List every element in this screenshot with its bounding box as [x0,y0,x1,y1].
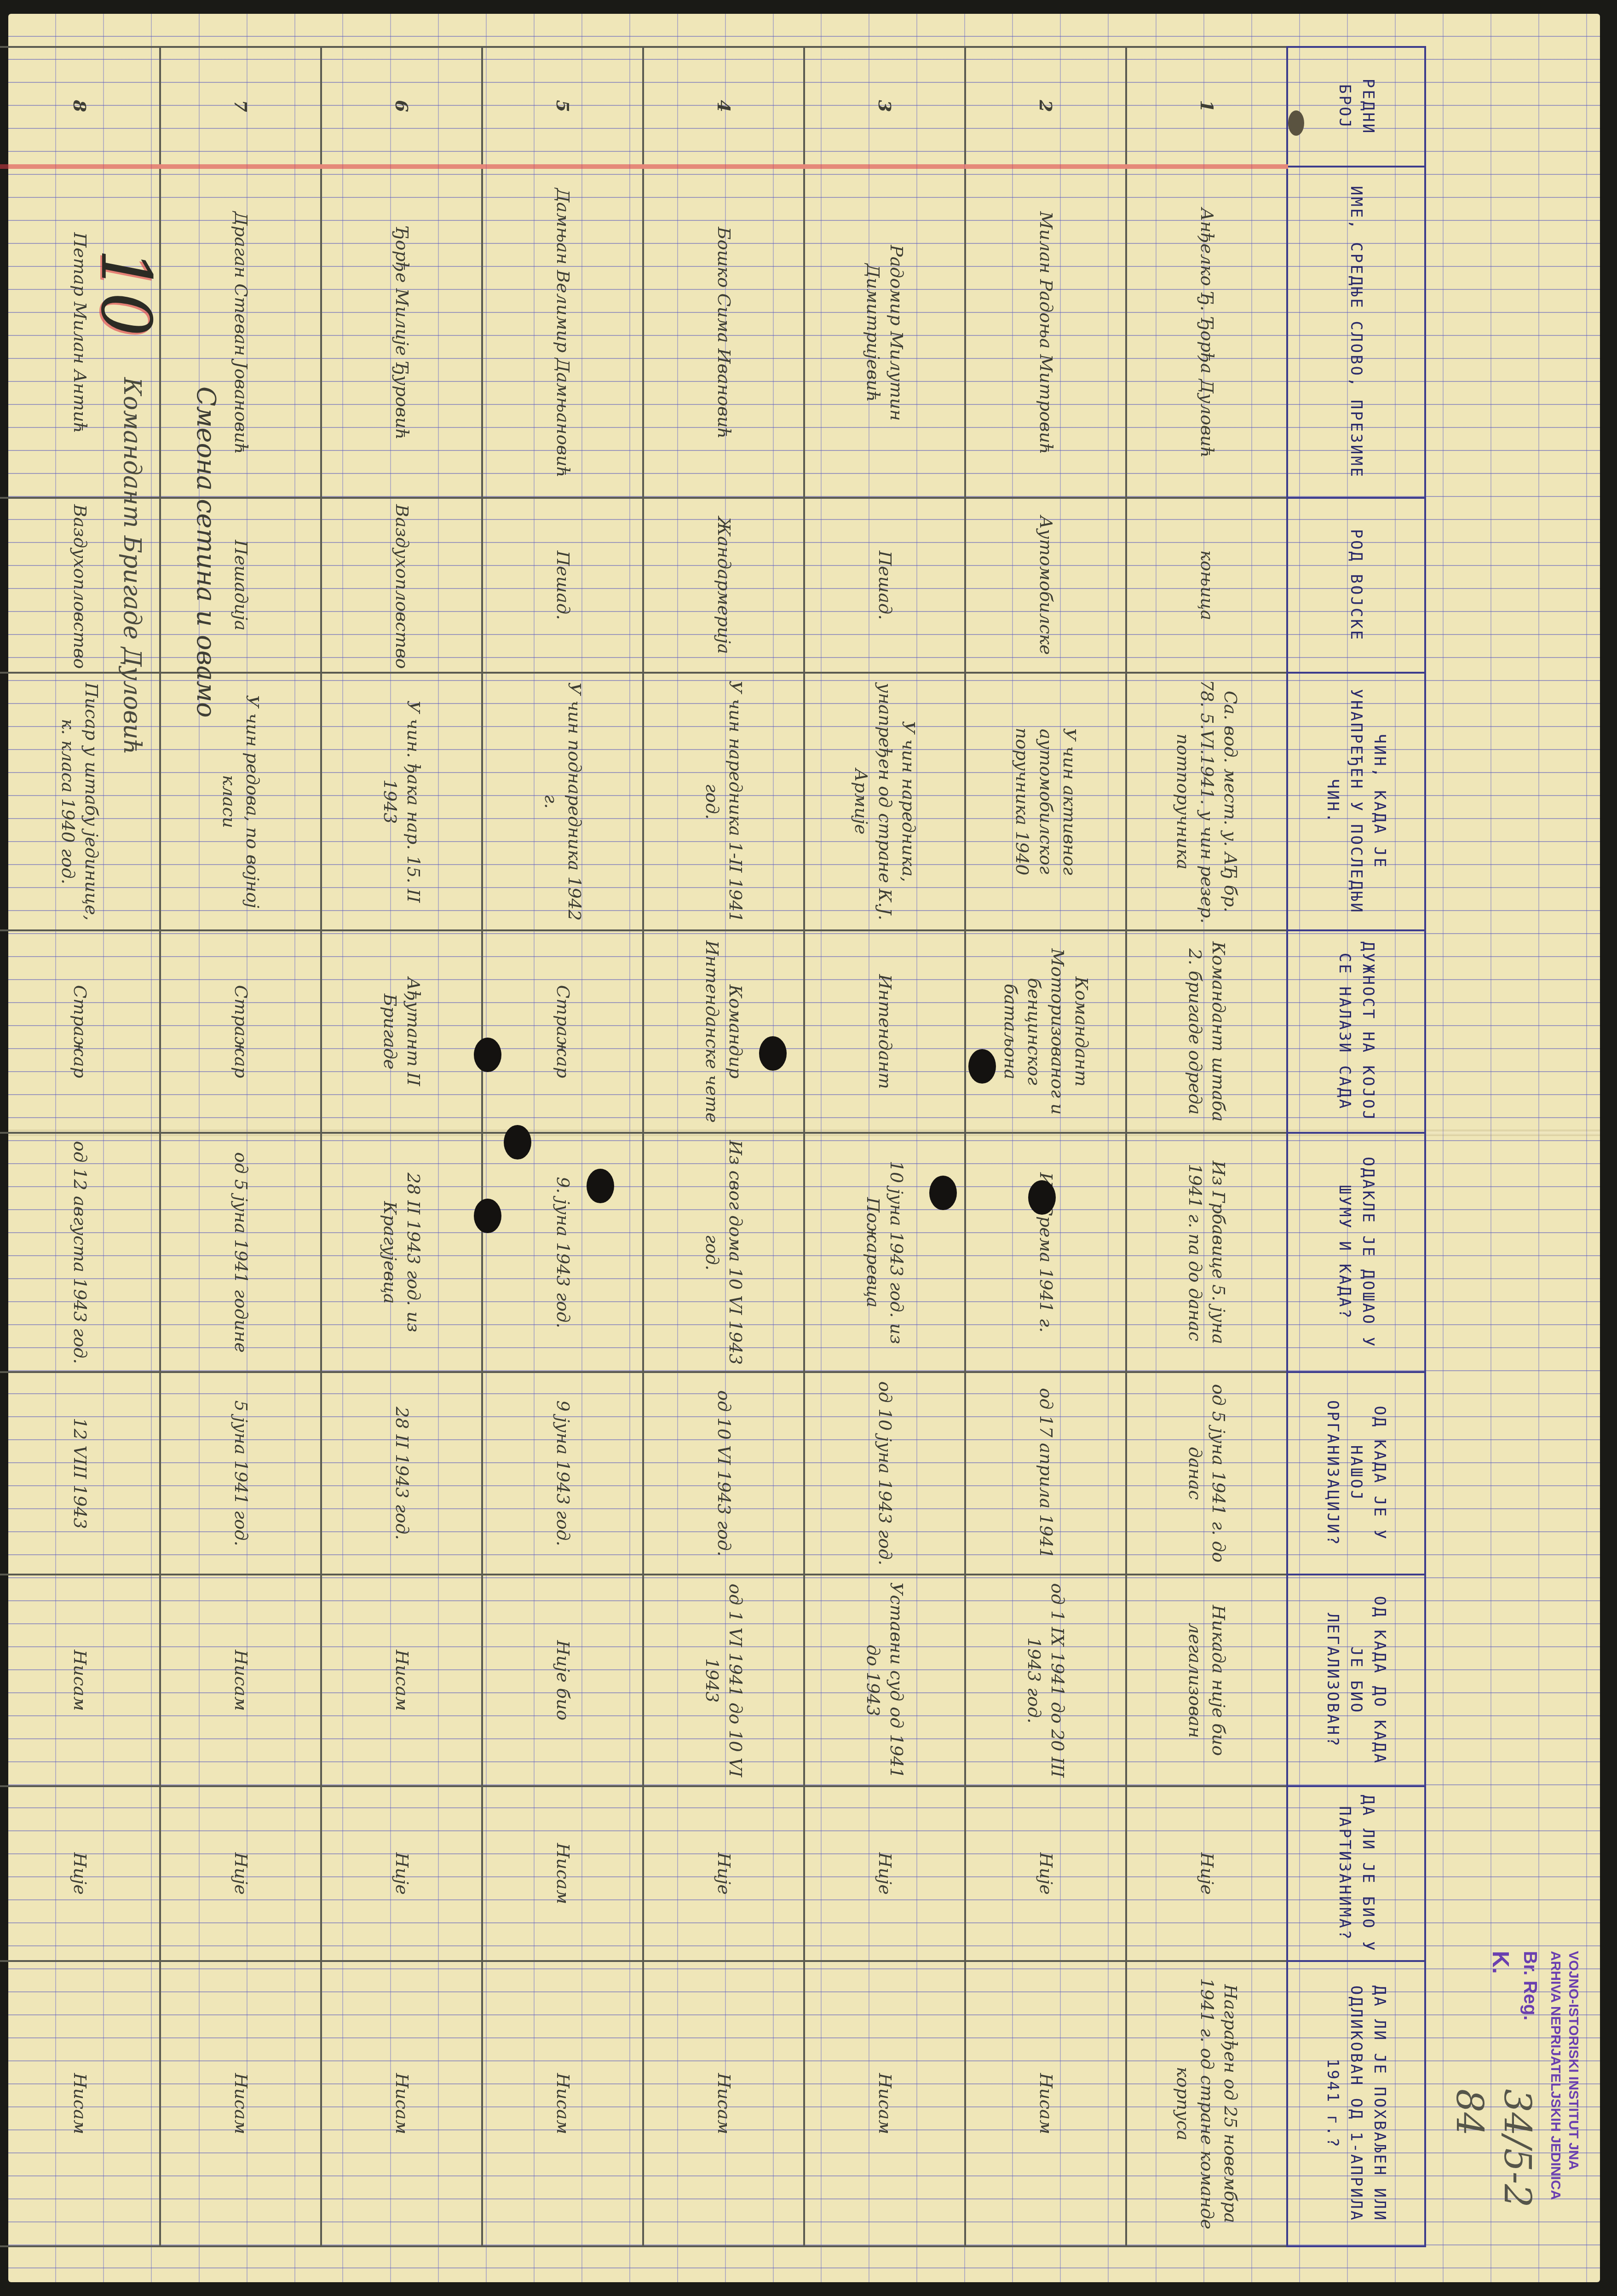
cell-num: 1 [1126,47,1287,167]
cell-came-from: од 5 јуна 1941 године [160,1133,321,1372]
cell-name: Драган Стеван Јовановић [160,167,321,498]
cell-rank: У чин поднаредника 1942 г. [482,673,643,930]
stamp-k-label: K. [1488,1951,1513,1974]
rotated-register: VOJNO-ISTORISKI INSTITUT JNA ARHIVA NEPR… [18,18,1601,2273]
cell-name: Бошко Сима Ивановић [643,167,804,498]
cell-name: Дамњан Велимир Дамњановић [482,167,643,498]
cell-legalized: Није био [482,1575,643,1786]
cell-duty: Интендант [804,930,965,1133]
cell-legalized: Никада није био легализован [1126,1575,1287,1786]
cell-num: 4 [643,47,804,167]
cell-since-org: од 5 јуна 1941 г. до данас [1126,1372,1287,1575]
punch-hole [587,1169,614,1203]
cell-branch: Аутомобилске [965,498,1126,673]
header-rank: ЧИН, КАДА ЈЕ УНАПРЕЂЕН У ПОСЛЕДЊИ ЧИН. [1287,673,1425,930]
total-count: 10 [86,248,166,336]
cell-partisans: Није [0,1786,160,1961]
cell-legalized: од 1 VI 1941 до 10 VI 1943 [643,1575,804,1786]
table-row: 4Бошко Сима ИвановићЖандармеријаУ чин на… [643,47,804,2246]
cell-since-org: 9 јуна 1943 год. [482,1372,643,1575]
header-decorated: ДА ЛИ ЈЕ ПОХВАЉЕН ИЛИ ОДЛИКОВАН ОД 1-АПР… [1287,1961,1425,2246]
cell-legalized: Нисам [160,1575,321,1786]
cell-since-org: 12 VIII 1943 [0,1372,160,1575]
cell-duty: Командант Моторизованог и бенцинског бат… [965,930,1126,1133]
cell-decorated: Нисам [804,1961,965,2246]
header-partisans: ДА ЛИ ЈЕ БИО У ПАРТИЗАНИМА? [1287,1786,1425,1961]
stamp-line-1: VOJNO-ISTORISKI INSTITUT JNA [1565,1951,1582,2209]
footer-note: Смеона сетина и овамо [191,387,221,718]
cell-branch: Пешад. [482,498,643,673]
cell-came-from: Из Грбавице 5. јуна 1941 г. па до данас [1126,1133,1287,1372]
cell-branch: коњица [1126,498,1287,673]
table-row: 3Радомир Милутин ДимитријевићПешад.У чин… [804,47,965,2246]
cell-num: 5 [482,47,643,167]
cell-duty: Командир Интенданске чете [643,930,804,1133]
punch-hole [759,1036,787,1071]
punch-hole [929,1176,957,1210]
cell-rank: У чин наредника 1-II 1941 год. [643,673,804,930]
cell-legalized: Нисам [0,1575,160,1786]
cell-decorated: Нисам [160,1961,321,2246]
punch-hole [504,1125,531,1160]
cell-num: 3 [804,47,965,167]
cell-decorated: Нисам [643,1961,804,2246]
cell-decorated: Нисам [321,1961,482,2246]
cell-decorated: Нисам [0,1961,160,2246]
header-name: ИМЕ, СРЕДЊЕ СЛОВО, ПРЕЗИМЕ [1287,167,1425,498]
cell-branch: Ваздухопловство [321,498,482,673]
cell-partisans: Није [321,1786,482,1961]
cell-came-from: 10 јуна 1943 год. из Пожаревца [804,1133,965,1372]
header-legalized: ОД КАДА ДО КАДА ЈЕ БИО ЛЕГАЛИЗОВАН? [1287,1575,1425,1786]
cell-num: 6 [321,47,482,167]
table-row: 8Петар Милан АнтићВаздухопловствоПисар у… [0,47,160,2246]
cell-duty: Командант штаба 2. бригаде одреда [1126,930,1287,1133]
cell-since-org: 5 јуна 1941 год. [160,1372,321,1575]
cell-num: 2 [965,47,1126,167]
punch-hole [474,1038,501,1072]
cell-branch: Жандармерија [643,498,804,673]
cell-branch: Пешадија [160,498,321,673]
cell-came-from: од 12 августа 1943 год. [0,1133,160,1372]
register-table: РЕДНИ БРОЈ ИМЕ, СРЕДЊЕ СЛОВО, ПРЕЗИМЕ РО… [0,46,1426,2247]
stamp-reg-label: Br. Reg. [1520,1951,1540,2020]
header-row: РЕДНИ БРОЈ ИМЕ, СРЕДЊЕ СЛОВО, ПРЕЗИМЕ РО… [1287,47,1425,2246]
cell-name: Ђорђе Милије Ђуровић [321,167,482,498]
cell-rank: У чин активног аутомобилског поручника 1… [965,673,1126,930]
signature: Командант Бригаде Дуловић [116,377,147,755]
punch-hole [968,1049,996,1084]
header-since-org: ОД КАДА ЈЕ У НАШОЈ ОРГАНИЗАЦИЈИ? [1287,1372,1425,1575]
cell-came-from: Из свог дома 10 VI 1943 год. [643,1133,804,1372]
cell-partisans: Нисам [482,1786,643,1961]
cell-duty: Стражар [160,930,321,1133]
table-row: 6Ђорђе Милије ЂуровићВаздухопловствоУ чи… [321,47,482,2246]
header-came-from: ОДАКЛЕ ЈЕ ДОШАО У ШУМУ И КАДА? [1287,1133,1425,1372]
cell-num: 8 [0,47,160,167]
cell-legalized: од 1 IX 1941 до 20 III 1943 год. [965,1575,1126,1786]
cell-decorated: Награђен од 25 новембра 1941 г. од стран… [1126,1961,1287,2246]
cell-partisans: Није [160,1786,321,1961]
table-row: 7Драган Стеван ЈовановићПешадијаУ чин ре… [160,47,321,2246]
cell-rank: У чин. ђака нар. 15. II 1943 [321,673,482,930]
cell-name: Радомир Милутин Димитријевић [804,167,965,498]
cell-since-org: 28 II 1943 год. [321,1372,482,1575]
cell-since-org: од 17 априла 1941 [965,1372,1126,1575]
punch-hole [1028,1180,1056,1215]
header-branch: РОД ВОЈСКЕ [1287,498,1425,673]
cell-came-from: Из Срема 1941 г. [965,1133,1126,1372]
cell-since-org: од 10 јуна 1943 год. [804,1372,965,1575]
punch-hole [474,1199,501,1233]
cell-legalized: Уставни суд од 1941 до 1943 [804,1575,965,1786]
header-duty: ДУЖНОСТ НА КОЈОЈ СЕ НАЛАЗИ САДА [1287,930,1425,1133]
cell-duty: Стражар [482,930,643,1133]
cell-rank: У чин наредника, унапређен од стране К.Ј… [804,673,965,930]
cell-rank: Са. вод. мест. у. АЂ бр. 78. 5.VI.1941. … [1126,673,1287,930]
stamp-reg-value: 34/5-2 [1496,2089,1539,2208]
cell-partisans: Није [643,1786,804,1961]
cell-came-from: 9. јуна 1943 год. [482,1133,643,1372]
cell-partisans: Није [1126,1786,1287,1961]
archive-stamp: VOJNO-ISTORISKI INSTITUT JNA ARHIVA NEPR… [1444,1951,1582,2209]
header-num: РЕДНИ БРОЈ [1287,47,1425,167]
table-row: 2Милан Радоња МитровићАутомобилскеУ чин … [965,47,1126,2246]
cell-branch: Пешад. [804,498,965,673]
cell-came-from: 28 II 1943 год. из Крагујевца [321,1133,482,1372]
stamp-k-value: 84 [1448,2089,1491,2136]
punch-hole [1288,110,1304,136]
cell-rank: У чин редова, по војној класи [160,673,321,930]
stamp-line-2: ARHIVA NEPRIJATELJSKIH JEDINICA [1547,1951,1565,2209]
cell-partisans: Није [804,1786,965,1961]
cell-name: Милан Радоња Митровић [965,167,1126,498]
cell-duty: Ађутант II Бригаде [321,930,482,1133]
cell-since-org: од 10 VI 1943 год. [643,1372,804,1575]
cell-num: 7 [160,47,321,167]
table-row: 1Анђелко Ђ. Ђорђа ДуловићкоњицаСа. вод. … [1126,47,1287,2246]
cell-decorated: Нисам [482,1961,643,2246]
cell-decorated: Нисам [965,1961,1126,2246]
cell-name: Анђелко Ђ. Ђорђа Дуловић [1126,167,1287,498]
stamp-handwritten-numbers: 34/5-2 84 [1445,2089,1541,2208]
cell-legalized: Нисам [321,1575,482,1786]
cell-partisans: Није [965,1786,1126,1961]
cell-duty: Стражар [0,930,160,1133]
